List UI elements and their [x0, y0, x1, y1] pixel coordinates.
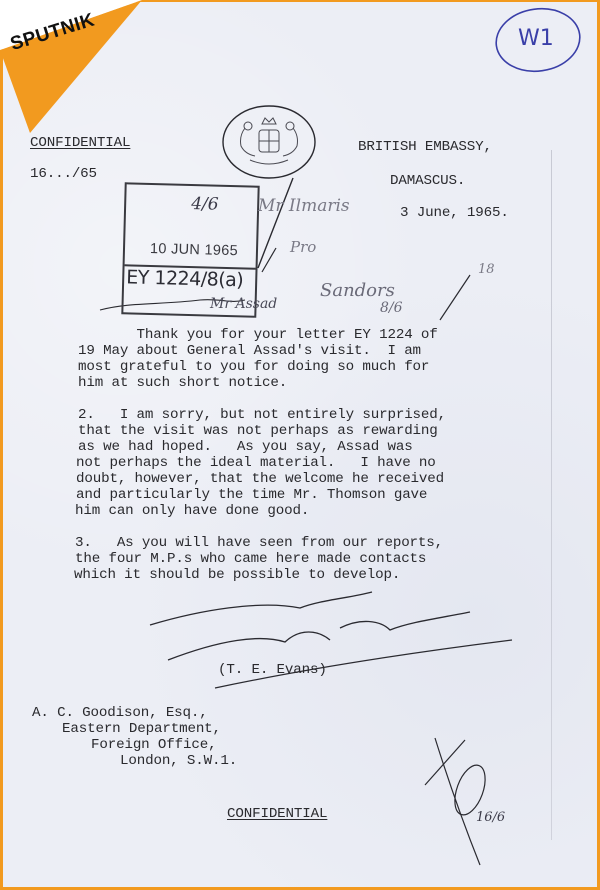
- letter-date: 3 June, 1965.: [400, 205, 509, 221]
- sender-line1: BRITISH EMBASSY,: [358, 139, 492, 155]
- body-line: most grateful to you for doing so much f…: [78, 359, 429, 375]
- reference-number: 16.../65: [30, 166, 97, 182]
- sputnik-watermark: SPUTNIK: [0, 0, 145, 135]
- stamp-file-ref: EY 1224/8(a): [126, 266, 244, 291]
- body-line: 19 May about General Assad's visit. I am: [78, 343, 421, 359]
- body-line: as we had hoped. As you say, Assad was: [78, 439, 413, 455]
- classification-bottom: CONFIDENTIAL: [227, 806, 327, 822]
- body-line: doubt, however, that the welcome he rece…: [76, 471, 444, 487]
- note-mid: Pro: [290, 238, 316, 256]
- body-line: 2. I am sorry, but not entirely surprise…: [78, 407, 446, 423]
- body-line: that the visit was not perhaps as reward…: [78, 423, 438, 439]
- body-line: the four M.P.s who came here made contac…: [75, 551, 426, 567]
- body-line: not perhaps the ideal material. I have n…: [76, 455, 436, 471]
- note-under-stamp: Mr Assad: [210, 296, 277, 312]
- stamp-date: 10 JUN 1965: [150, 241, 238, 259]
- body-line: and particularly the time Mr. Thomson ga…: [76, 487, 427, 503]
- classification-top: CONFIDENTIAL: [30, 135, 130, 151]
- typed-signatory-name: (T. E. Evans): [218, 662, 327, 678]
- body-line: him can only have done good.: [75, 503, 309, 519]
- stamp-initials: 4/6: [191, 194, 219, 215]
- body-line: him at such short notice.: [78, 375, 287, 391]
- addressee-line1: A. C. Goodison, Esq.,: [32, 705, 208, 721]
- body-line: which it should be possible to develop.: [74, 567, 400, 583]
- note-far-right: 18: [478, 262, 495, 277]
- note-signature: Sandors: [320, 280, 395, 301]
- annotation-w1: W1: [518, 26, 554, 51]
- addressee-line4: London, S.W.1.: [120, 753, 237, 769]
- body-line: 3. As you will have seen from our report…: [75, 535, 443, 551]
- note-date: 8/6: [380, 300, 403, 316]
- addressee-line3: Foreign Office,: [91, 737, 216, 753]
- note-right-of-stamp: Mr Ilmaris: [258, 196, 350, 216]
- footer-initials-date: 16/6: [476, 810, 505, 825]
- addressee-line2: Eastern Department,: [62, 721, 221, 737]
- sender-line2: DAMASCUS.: [390, 173, 465, 189]
- margin-rule: [551, 150, 552, 840]
- body-line: Thank you for your letter EY 1224 of: [78, 327, 438, 343]
